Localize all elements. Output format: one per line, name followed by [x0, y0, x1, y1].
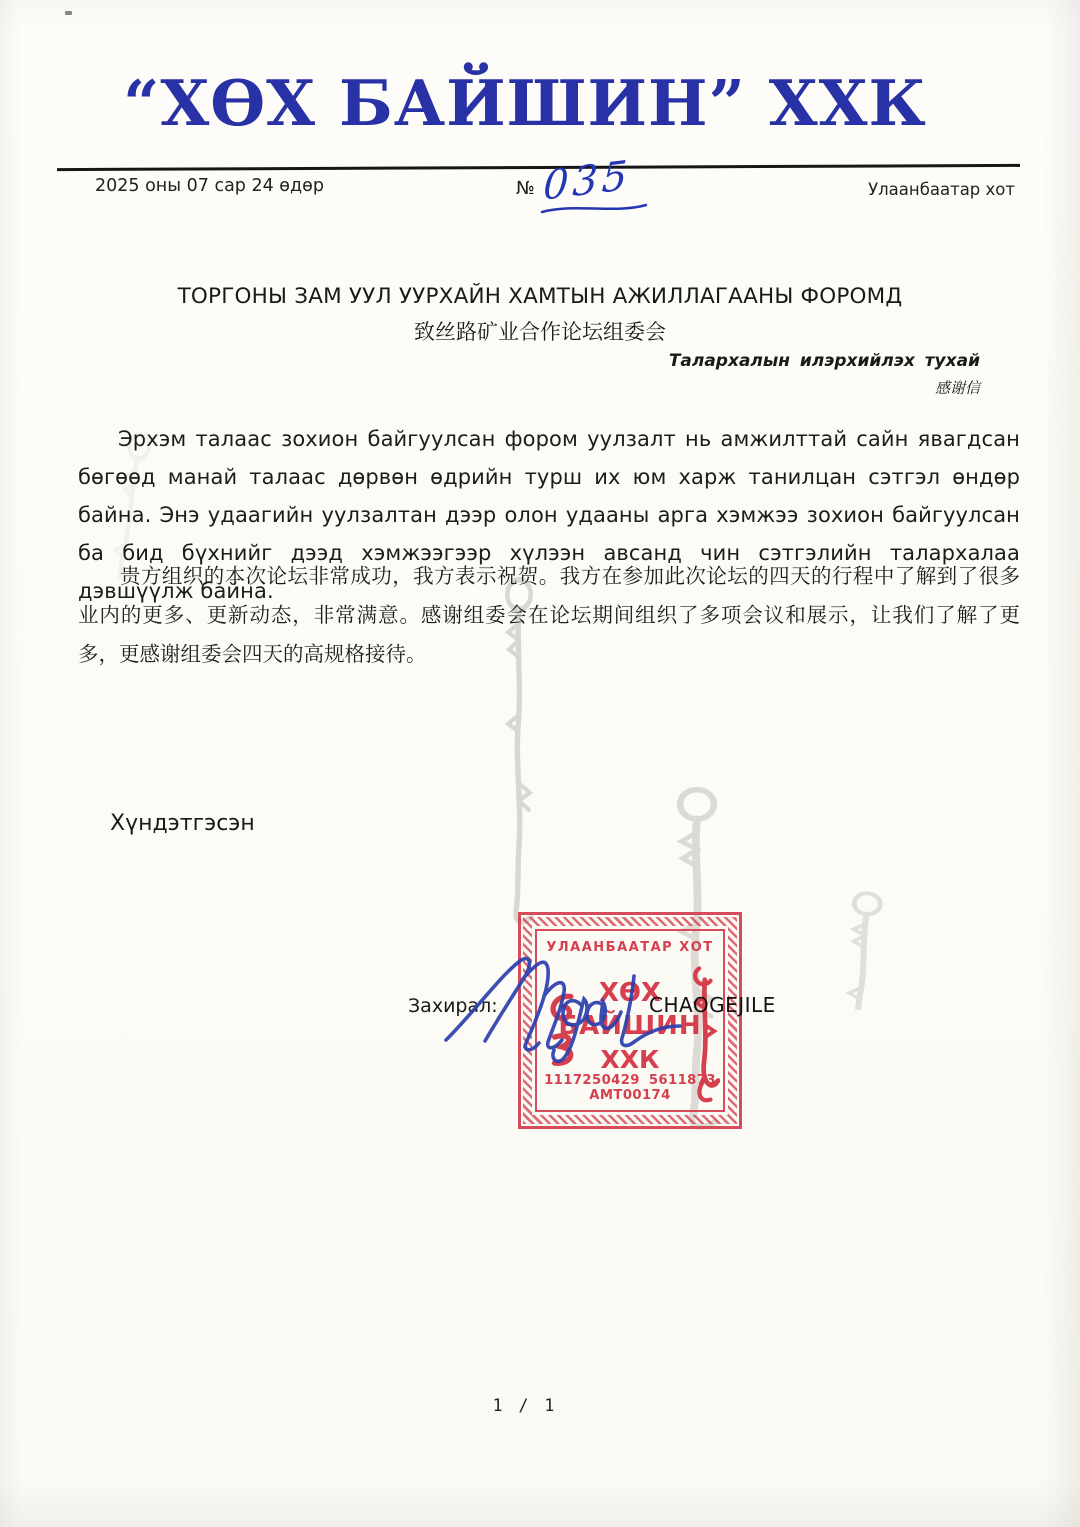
handwritten-underline [540, 200, 650, 216]
company-title: “ХӨХ БАЙШИН” ХХК [0, 66, 1050, 140]
header-divider-line [57, 164, 1020, 171]
page-indicator: 1 / 1 [0, 1396, 1050, 1415]
document-number-label: № [516, 178, 535, 199]
document-title-chinese: 致丝路矿业合作论坛组委会 [0, 316, 1080, 346]
subject-line-chinese: 感谢信 [935, 377, 980, 398]
date-text: 2025 оны 07 сар 24 өдөр [95, 176, 324, 196]
stamp-registration-numbers: 1117250429 5611873 АМТ00174 [537, 1073, 723, 1103]
watermark-script-icon [830, 888, 898, 1012]
body-paragraph-chinese: 贵方组织的本次论坛非常成功，我方表示祝贺。我方在参加此次论坛的四天的行程中了解到… [78, 557, 1020, 674]
city-text: Улаанбаатар хот [868, 180, 1015, 199]
signer-name: CHAOGEJILE [649, 993, 776, 1017]
scanned-letter-page: “ХӨХ БАЙШИН” ХХК 2025 оны 07 сар 24 өдөр… [0, 0, 1080, 1527]
closing-salutation: Хүндэтгэсэн [110, 811, 255, 836]
subject-line-mongolian: Талархалын илэрхийлэх тухай [669, 351, 980, 371]
scan-speck [65, 11, 72, 15]
document-title-mongolian: ТОРГОНЫ ЗАМ УУЛ УУРХАЙН ХАМТЫН АЖИЛЛАГАА… [0, 284, 1080, 309]
